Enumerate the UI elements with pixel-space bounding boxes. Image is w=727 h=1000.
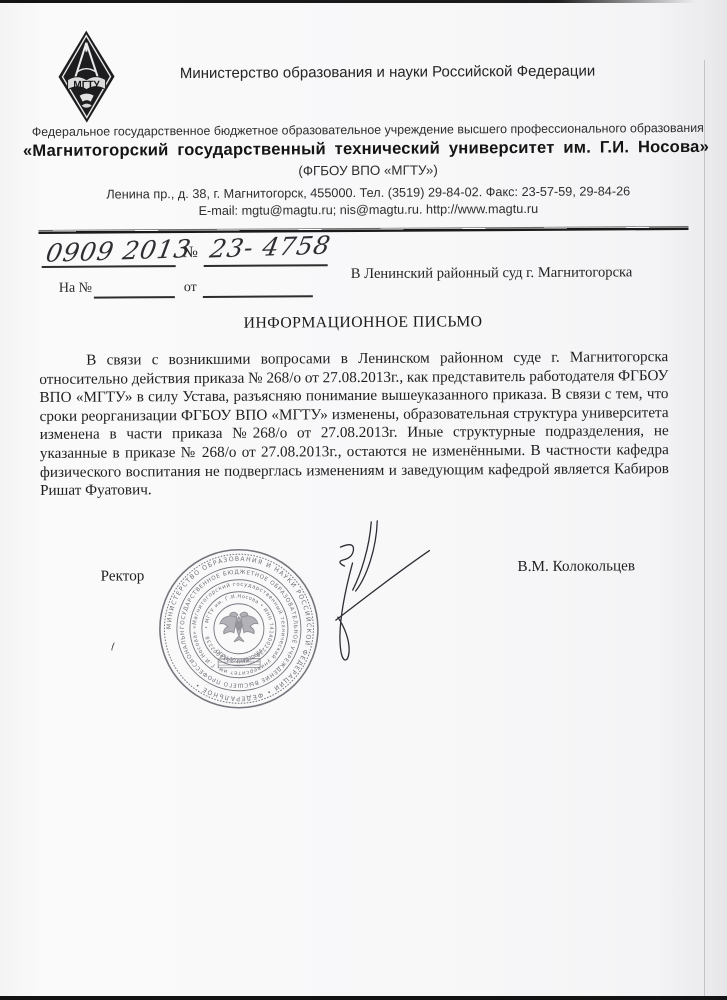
rector-signature xyxy=(318,509,443,682)
university-logo-icon: МГТУ xyxy=(57,29,116,123)
letter-title: ИНФОРМАЦИОННОЕ ПИСЬМО xyxy=(39,312,687,334)
date-underline xyxy=(42,265,176,268)
scanned-letter-page: МГТУ Министерство образования и науки Ро… xyxy=(0,0,727,1000)
reply-number-blank xyxy=(94,296,175,298)
stamp-hatched-block xyxy=(218,659,260,668)
number-sign-label: № xyxy=(183,244,198,262)
scan-edge-top xyxy=(0,0,695,3)
addressee-line: В Ленинский районный суд г. Магнитогорск… xyxy=(351,264,633,283)
org-name-line: «Магнитогорский государственный техничес… xyxy=(16,137,716,161)
stray-ink-mark xyxy=(111,642,118,652)
handwritten-outgoing-number: 23- 4758 xyxy=(208,231,334,264)
handwritten-date: 0909 2013 xyxy=(44,234,194,268)
scan-edge-bottom xyxy=(0,996,727,1000)
ministry-line: Министерство образования и науки Российс… xyxy=(117,62,657,82)
official-round-stamp: МИНИСТЕРСТВО ОБРАЗОВАНИЯ И НАУКИ РОССИЙС… xyxy=(153,543,324,714)
org-address-line: Ленина пр., д. 38, г. Магнитогорск, 4550… xyxy=(23,184,713,202)
reply-date-blank xyxy=(203,295,313,297)
stamp-eagle-emblem xyxy=(220,612,258,642)
org-type-line: Федеральное государственное бюджетное об… xyxy=(23,121,713,139)
reply-from-label: от xyxy=(184,280,197,296)
letter-body: В связи с возникшими вопросами в Ленинск… xyxy=(39,348,669,501)
signer-position-label: Ректор xyxy=(101,567,145,585)
signer-name: В.М. Колокольцев xyxy=(517,557,635,576)
number-underline xyxy=(204,264,328,267)
reply-to-number-label: На № xyxy=(59,281,92,297)
paper-edge-shadow xyxy=(704,60,705,1000)
logo-acronym: МГТУ xyxy=(73,80,100,91)
letterhead-divider-rule xyxy=(38,226,688,234)
org-shortname-line: (ФГБОУ ВПО «МГТУ») xyxy=(23,161,713,180)
org-contacts-line: E-mail: mgtu@magtu.ru; nis@magtu.ru. htt… xyxy=(23,201,713,219)
